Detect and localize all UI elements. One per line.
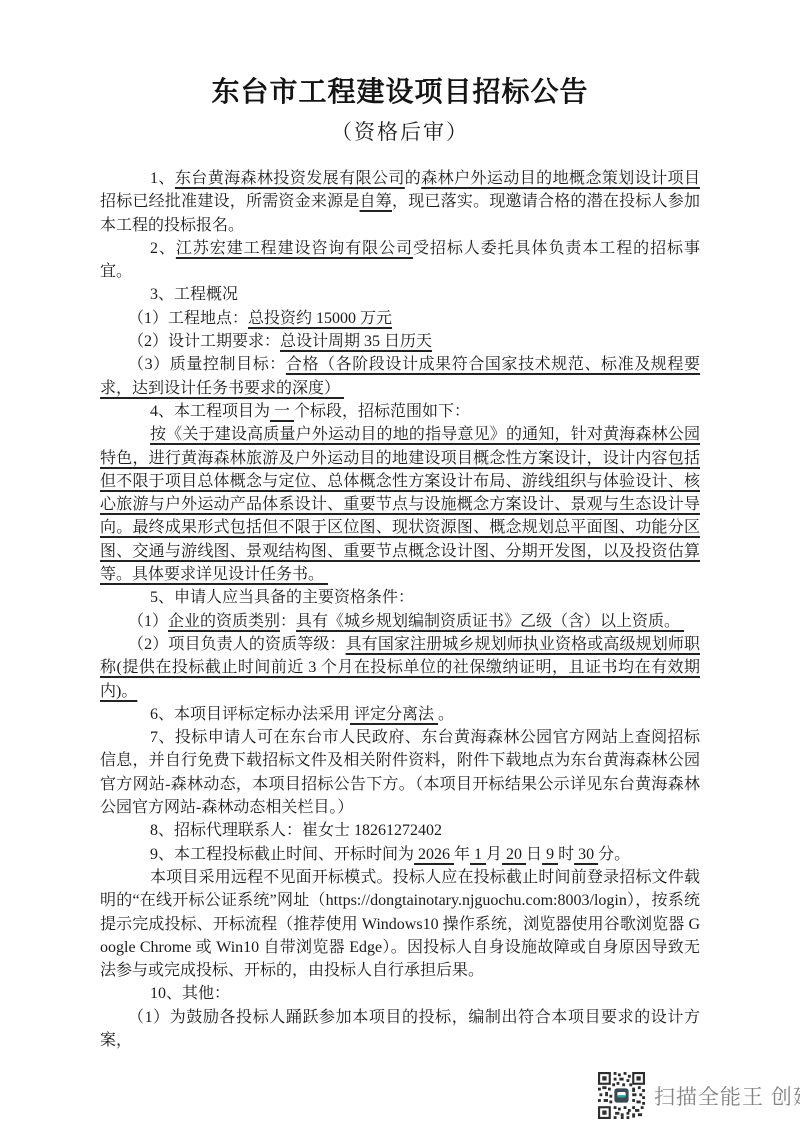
paragraph: （1）企业的资质类别：具有《城乡规划编制资质证书》乙级（含）以上资质。 bbox=[100, 610, 700, 633]
text-segment: 总设计周期 35 日历天 bbox=[280, 333, 432, 350]
text-segment: 5、申请人应当具备的主要资格条件： bbox=[150, 589, 414, 606]
paragraph: （3）质量控制目标：合格（各阶段设计成果符合国家技术规范、标准及规程要求，达到设… bbox=[100, 353, 700, 400]
text-segment: （1） bbox=[128, 613, 168, 630]
paragraph: 4、本工程项目为 一 个标段，招标范围如下： bbox=[100, 400, 700, 423]
text-segment: （1）工程地点： bbox=[128, 310, 248, 327]
text-segment: 自筹 bbox=[360, 193, 392, 210]
text-segment: 企业的资质类别 bbox=[168, 613, 280, 630]
text-segment: 7、投标申请人可在东台市人民政府、东台黄海森林公园官方网站上查阅招标信息，并自行… bbox=[100, 729, 700, 816]
text-segment: 20 bbox=[502, 846, 526, 863]
paragraph: 2、江苏宏建工程建设咨询有限公司受招标人委托具体负责本工程的招标事宜。 bbox=[100, 237, 700, 284]
text-segment: 8、招标代理联系人：崔女士 18261272402 bbox=[150, 822, 442, 839]
text-segment: 4、本工程项目为 bbox=[150, 403, 270, 420]
text-segment: ： bbox=[280, 613, 296, 630]
text-segment: 分。 bbox=[598, 846, 630, 863]
paragraph: 按《关于建设高质量户外运动目的地的指导意见》的通知，针对黄海森林公园特色，进行黄… bbox=[100, 423, 700, 586]
document-page: 东台市工程建设项目招标公告 （资格后审） 1、东台黄海森林投资发展有限公司的森林… bbox=[100, 70, 700, 1052]
paragraph: 1、东台黄海森林投资发展有限公司的森林户外运动目的地概念策划设计项目招标已经批准… bbox=[100, 167, 700, 237]
text-segment: 森林户外运动目的地概念策划设计项目 bbox=[421, 170, 700, 187]
paragraph: （2）项目负责人的资质等级：具有国家注册城乡规划师执业资格或高级规划师职称(提供… bbox=[100, 633, 700, 703]
text-segment: 3、工程概况 bbox=[150, 286, 238, 303]
paragraph: 6、本项目评标定标办法采用 评定分离法 。 bbox=[100, 703, 700, 726]
text-segment: 9 bbox=[542, 846, 558, 863]
text-segment: 2026 bbox=[414, 846, 454, 863]
paragraph: 9、本工程投标截止时间、开标时间为 2026 年 1 月 20 日 9 时 30… bbox=[100, 843, 700, 866]
paragraph: （2）设计工期要求：总设计周期 35 日历天 bbox=[100, 330, 700, 353]
text-segment: 江苏宏建工程建设咨询有限公司 bbox=[176, 240, 413, 257]
scanner-watermark: 扫描全能王 创建 bbox=[598, 1072, 800, 1119]
text-segment: 一 bbox=[270, 403, 294, 420]
paragraph: 本项目采用远程不见面开标模式。投标人应在投标截止时间前登录招标文件载明的“在线开… bbox=[100, 866, 700, 982]
text-segment: 月 bbox=[486, 846, 502, 863]
paragraph: 3、工程概况 bbox=[100, 283, 700, 306]
qr-code-icon bbox=[598, 1072, 645, 1119]
text-segment: （2）项目负责人的资质等级： bbox=[128, 636, 346, 653]
paragraph: 10、其他： bbox=[100, 982, 700, 1005]
paragraph: 8、招标代理联系人：崔女士 18261272402 bbox=[100, 819, 700, 842]
text-segment: 9、本工程投标截止时间、开标时间为 bbox=[150, 846, 414, 863]
text-segment: 30 bbox=[574, 846, 598, 863]
text-segment: （2）设计工期要求： bbox=[128, 333, 280, 350]
paragraph: 7、投标申请人可在东台市人民政府、东台黄海森林公园官方网站上查阅招标信息，并自行… bbox=[100, 726, 700, 819]
text-segment: 招标已经批准建设，所需资金来源是 bbox=[100, 193, 360, 210]
text-segment: 的 bbox=[405, 170, 421, 187]
text-segment: 6、本项目评标定标办法采用 bbox=[150, 706, 350, 723]
text-segment: 本项目采用远程不见面开标模式。投标人应在投标截止时间前登录招标文件载明的“在线开… bbox=[100, 869, 700, 979]
text-segment: 具有《城乡规划编制资质证书》乙级（含）以上资质。 bbox=[296, 613, 684, 630]
text-segment: 评定分离法 bbox=[350, 706, 438, 723]
paragraph: （1）工程地点：总投资约 15000 万元 bbox=[100, 307, 700, 330]
paragraph: （1）为鼓励各投标人踊跃参加本项目的投标，编制出符合本项目要求的设计方案， bbox=[100, 1006, 700, 1053]
text-segment: 2、 bbox=[150, 240, 176, 257]
text-segment: 。 bbox=[438, 706, 454, 723]
text-segment: 日 bbox=[526, 846, 542, 863]
watermark-text: 扫描全能王 创建 bbox=[654, 1081, 800, 1111]
page-title: 东台市工程建设项目招标公告 bbox=[100, 70, 700, 110]
text-segment: 1 bbox=[470, 846, 486, 863]
text-segment: 按《关于建设高质量户外运动目的地的指导意见》的通知，针对黄海森林公园特色，进行黄… bbox=[100, 426, 700, 583]
text-segment: 1、 bbox=[150, 170, 175, 187]
paragraph: 5、申请人应当具备的主要资格条件： bbox=[100, 586, 700, 609]
document-body: 1、东台黄海森林投资发展有限公司的森林户外运动目的地概念策划设计项目招标已经批准… bbox=[100, 167, 700, 1052]
text-segment: 年 bbox=[454, 846, 470, 863]
text-segment: 个标段，招标范围如下： bbox=[294, 403, 470, 420]
page-subtitle: （资格后审） bbox=[100, 116, 700, 146]
text-segment: （3）质量控制目标： bbox=[128, 356, 286, 373]
text-segment: 时 bbox=[558, 846, 574, 863]
text-segment: 总投资约 15000 万元 bbox=[248, 310, 392, 327]
text-segment: （1）为鼓励各投标人踊跃参加本项目的投标，编制出符合本项目要求的设计方案， bbox=[100, 1009, 700, 1049]
text-segment: 东台黄海森林投资发展有限公司 bbox=[175, 170, 405, 187]
text-segment: 10、其他： bbox=[150, 985, 230, 1002]
